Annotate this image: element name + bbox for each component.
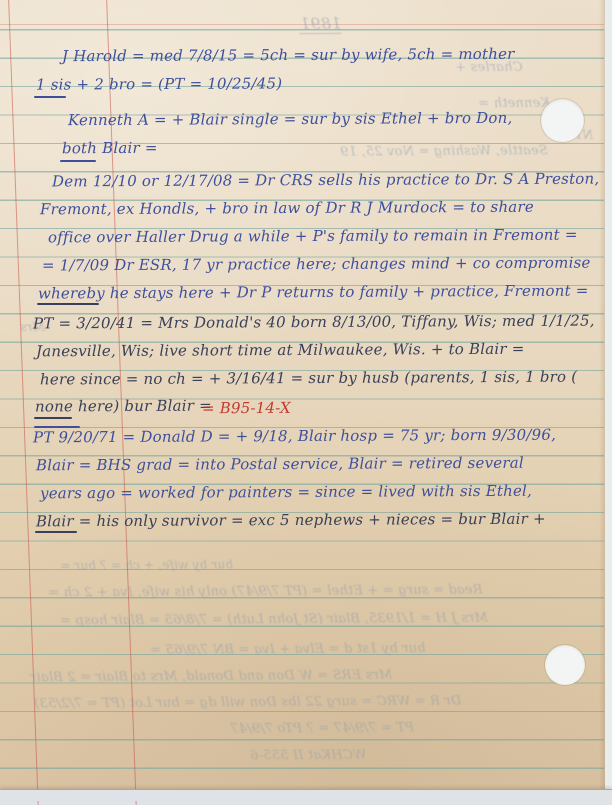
scan-edge-bottom bbox=[0, 789, 612, 800]
ink-stroke bbox=[34, 96, 66, 98]
ink-stroke bbox=[34, 417, 72, 419]
ink-stroke bbox=[34, 426, 80, 428]
ink-stroke bbox=[37, 303, 99, 305]
hole-punch-top bbox=[541, 99, 584, 142]
ink-stroke bbox=[35, 531, 77, 533]
scan-edge-right bbox=[605, 0, 612, 800]
ink-stroke bbox=[60, 160, 96, 162]
hole-punch-bottom bbox=[545, 645, 585, 685]
ink-strokes-layer bbox=[0, 0, 612, 800]
